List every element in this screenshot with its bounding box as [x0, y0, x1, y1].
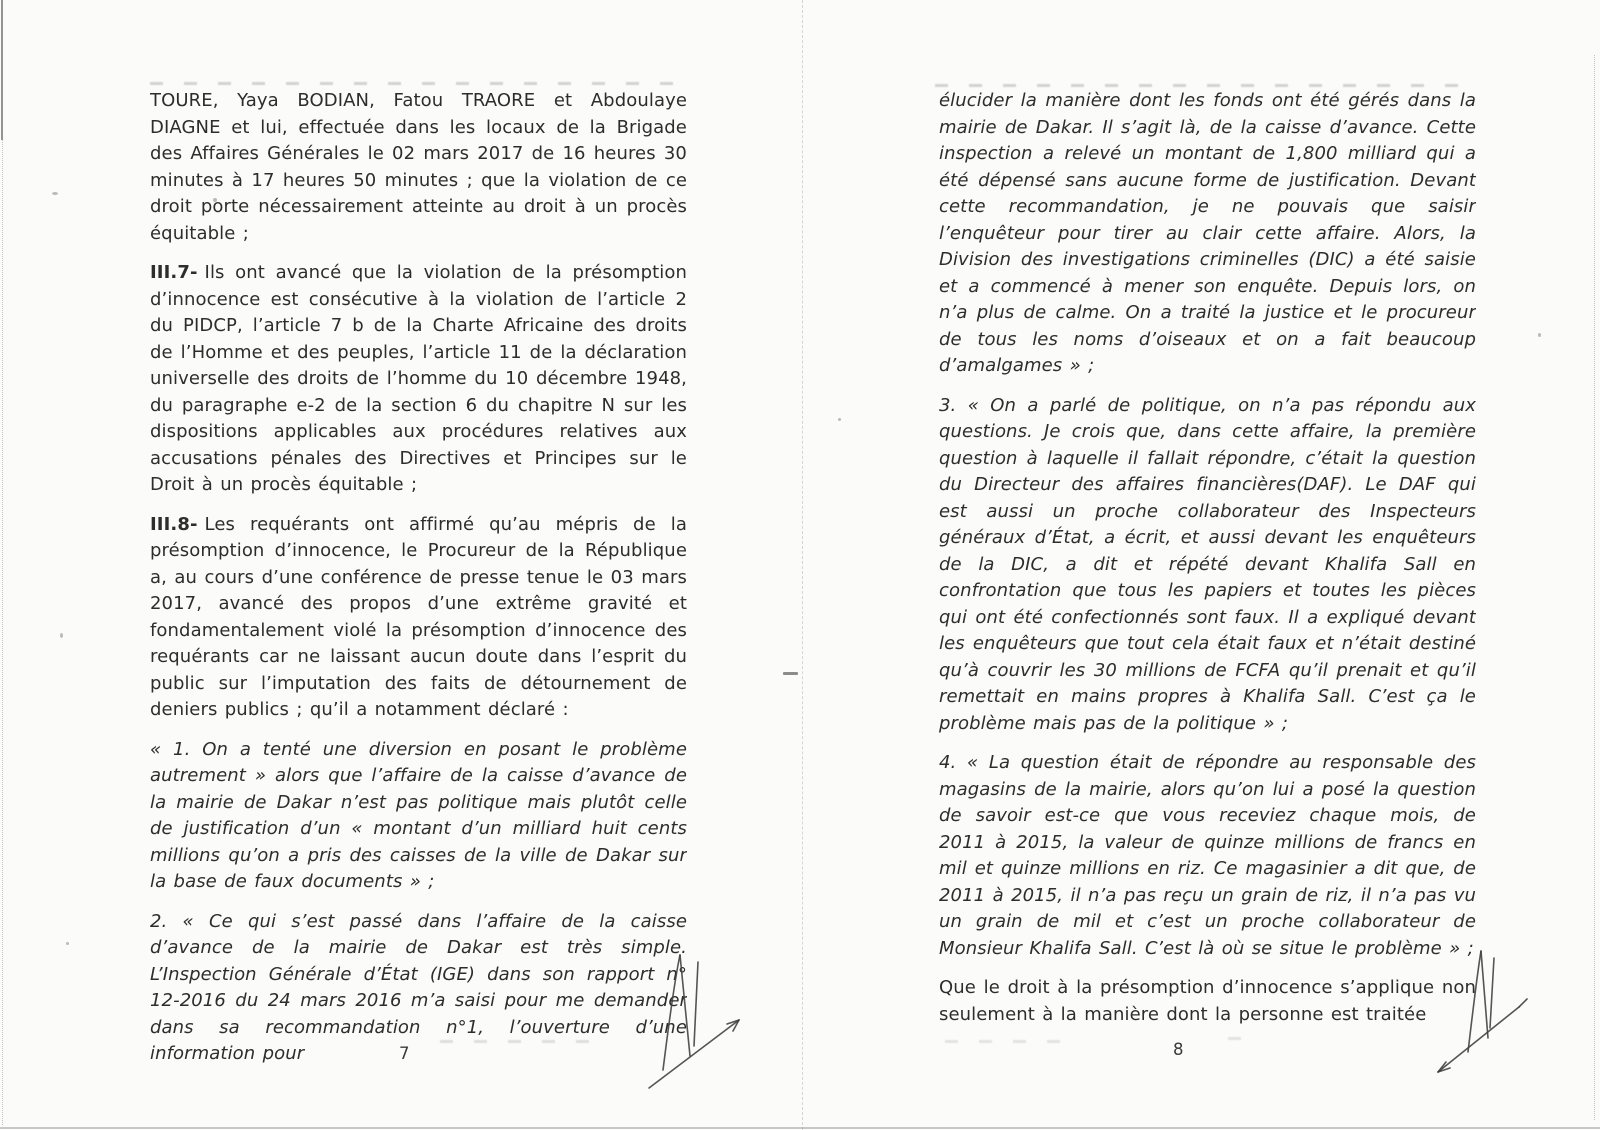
quoted-statement-4: 4. « La question était de répondre au re…	[939, 750, 1476, 962]
closing-paragraph: Que le droit à la présomption d’innocenc…	[939, 975, 1476, 1028]
scan-edge-bottom	[0, 1127, 1600, 1129]
scan-speck	[838, 418, 841, 421]
page-fold-line	[802, 0, 803, 1130]
scan-ghost-line	[150, 82, 690, 85]
scan-speck	[60, 633, 63, 638]
page-8-text-block: élucider la manière dont les fonds ont é…	[939, 88, 1476, 1041]
page-number-7: 7	[399, 1044, 410, 1063]
scan-stray-mark	[783, 672, 798, 675]
section-label-iii-7: III.7-	[150, 262, 198, 283]
quoted-statement-1: « 1. On a tenté une diversion en posant …	[150, 737, 687, 896]
scan-speck	[66, 942, 69, 945]
paragraph-text: Ils ont avancé que la violation de la pr…	[150, 262, 687, 495]
paragraph-iii-8: III.8-Les requérants ont affirmé qu’au m…	[150, 512, 687, 724]
paragraph-text: Les requérants ont affirmé qu’au mépris …	[150, 514, 687, 721]
paragraph-iii-7: III.7-Ils ont avancé que la violation de…	[150, 260, 687, 499]
scan-edge-left-dotted	[2, 140, 3, 1125]
quoted-statement-2-continuation: élucider la manière dont les fonds ont é…	[939, 88, 1476, 380]
page-7-text-block: TOURE, Yaya BODIAN, Fatou TRAORE et Abdo…	[150, 88, 687, 1078]
scan-ghost-line	[935, 84, 1465, 87]
scan-speck	[1538, 333, 1541, 337]
quoted-statement-2: 2. « Ce qui s’est passé dans l’affaire d…	[150, 909, 687, 1068]
scan-edge-left-dark	[1, 0, 3, 140]
quoted-statement-3: 3. « On a parlé de politique, on n’a pas…	[939, 393, 1476, 738]
paragraph-continuation: TOURE, Yaya BODIAN, Fatou TRAORE et Abdo…	[150, 88, 687, 247]
section-label-iii-8: III.8-	[150, 514, 198, 535]
page-number-8: 8	[1173, 1040, 1184, 1059]
scan-edge-right-dotted	[1594, 55, 1595, 1120]
scan-speck	[52, 192, 58, 195]
